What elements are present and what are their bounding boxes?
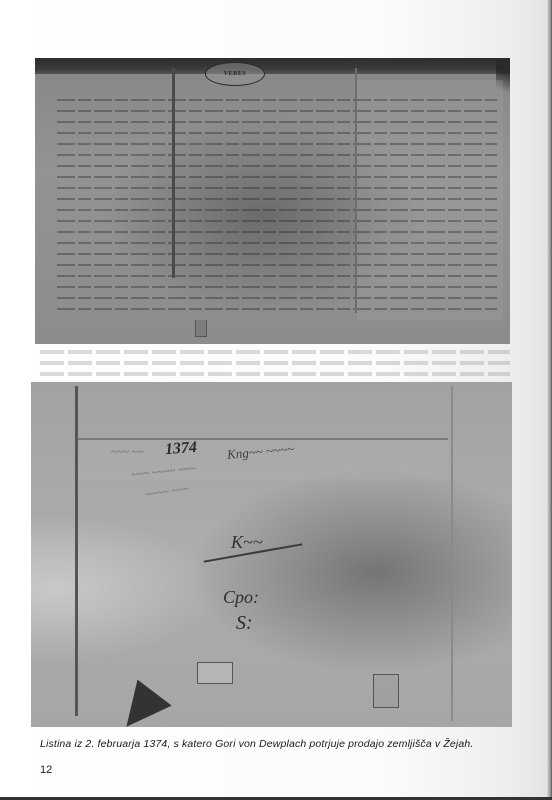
signature-mark: K~~ (231, 532, 262, 553)
charter-fold-right (355, 68, 357, 313)
archive-stamp-small (197, 662, 233, 684)
archival-note: ~~~~ ~~~ (144, 483, 190, 501)
charter-back-photo: ~~~ ~~ 1374 Kng~~ ~~~~ ~~~ ~~~~ ~~~ ~~~~… (31, 382, 512, 727)
charter-left-edge (75, 386, 78, 716)
year-note: 1374 (164, 439, 197, 459)
charter-fold-left (172, 68, 175, 278)
bleed-through-text (40, 347, 510, 381)
charter-top-rule (78, 438, 448, 440)
book-page: VERES ~~~ ~~ 1374 Kng~~ ~~~~ ~~~ ~~~~ ~~… (0, 0, 552, 800)
signature-mark: S: (236, 612, 253, 635)
figure-caption: Listina iz 2. februarja 1374, s katero G… (40, 738, 520, 750)
photo-top-shadow (35, 58, 510, 74)
seal-tag (195, 320, 207, 337)
archive-stamp-small (373, 674, 399, 708)
page-number: 12 (40, 764, 52, 776)
charter-right-edge (451, 386, 453, 721)
archive-stamp: VERES (205, 62, 265, 86)
archival-note: ~~~ ~~ (111, 446, 144, 458)
charter-front-photo: VERES (35, 58, 510, 344)
signature-mark: Cpo: (223, 587, 259, 608)
book-spine-shadow (546, 0, 552, 800)
handwritten-text-lines (57, 92, 497, 312)
torn-corner (110, 671, 171, 727)
